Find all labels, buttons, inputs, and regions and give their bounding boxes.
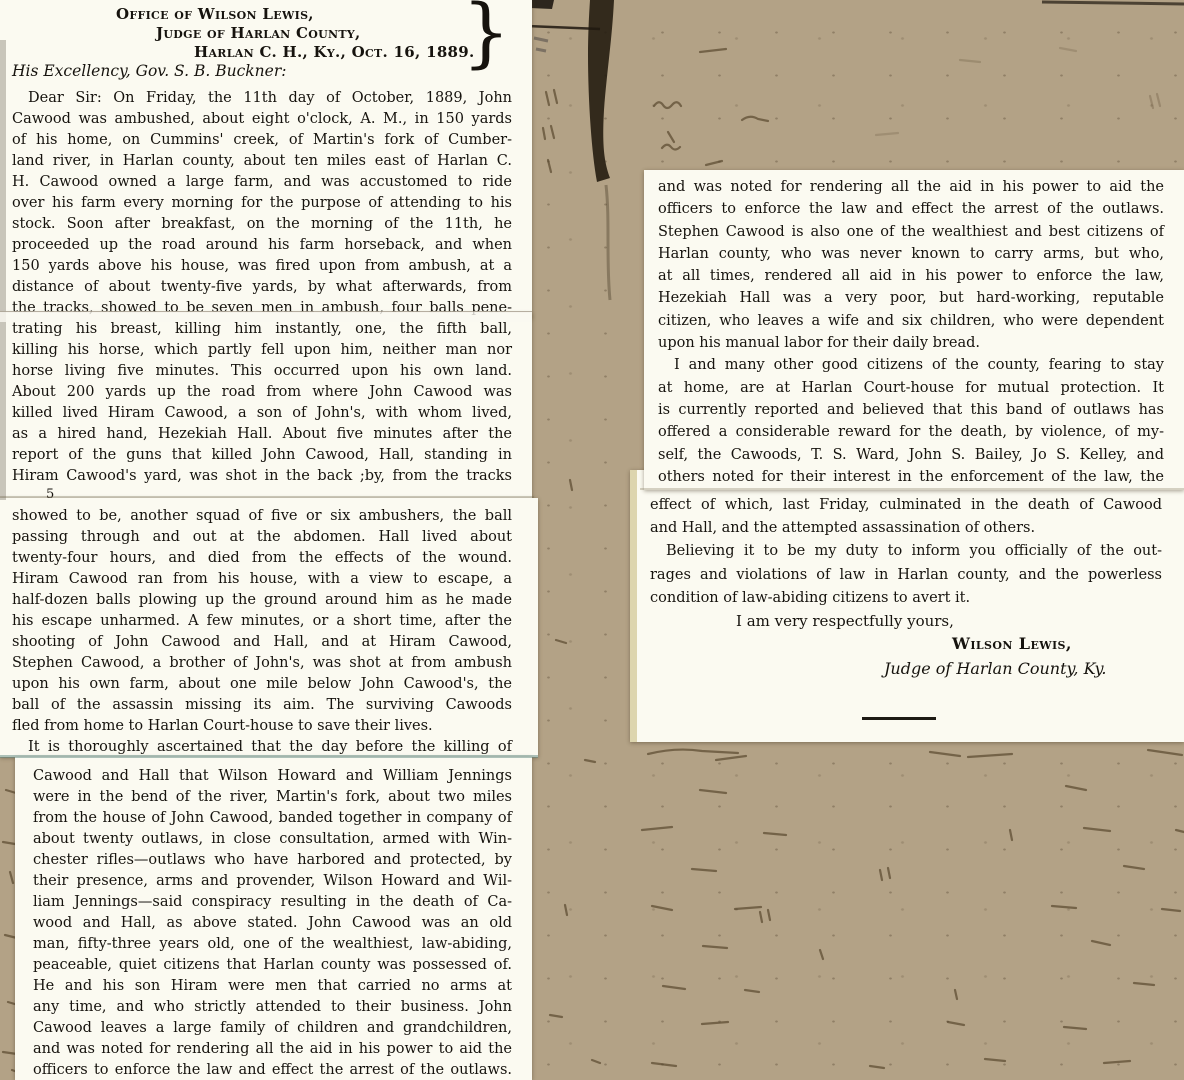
- text-line: Cawood was ambushed, about eight o'clock…: [12, 109, 512, 130]
- text-line: and Hall, and the attempted assassinatio…: [650, 517, 1162, 540]
- signature-name: Wilson Lewis,: [952, 634, 1072, 653]
- text-line: officers to enforce the law and effect t…: [33, 1060, 512, 1080]
- text-line: Cawood leaves a large family of children…: [33, 1018, 512, 1039]
- text-line: killed lived Hiram Cawood, a son of John…: [12, 403, 512, 424]
- text-line: Cawood and Hall that Wilson Howard and W…: [33, 766, 512, 787]
- text-line: upon his manual labor for their daily br…: [658, 332, 1164, 354]
- text-line: condition of law-abiding citizens to ave…: [650, 587, 1162, 610]
- text-line: offered a considerable reward for the de…: [658, 421, 1164, 443]
- text-line: effect of which, last Friday, culminated…: [650, 494, 1162, 517]
- text-line: 150 yards above his house, was fired upo…: [12, 256, 512, 277]
- signature-title: Judge of Harlan County, Ky.: [884, 659, 1107, 678]
- clipping-left-edge: [0, 40, 6, 500]
- text-line: About 200 yards up the road from where J…: [12, 382, 512, 403]
- letterhead-brace: }: [462, 0, 511, 65]
- text-line: He and his son Hiram were men that carri…: [33, 976, 512, 997]
- text-line: Stephen Cawood, a brother of John's, was…: [12, 653, 512, 674]
- text-line: liam Jennings—said conspiracy resulting …: [33, 892, 512, 913]
- text-line: as a hired hand, Hezekiah Hall. About fi…: [12, 424, 512, 445]
- clipping-torn-edge: [630, 470, 637, 742]
- left-column-text-2: showed to be, another squad of five or s…: [12, 506, 512, 758]
- clipping-seam: [0, 755, 538, 758]
- text-line: from the house of John Cawood, banded to…: [33, 808, 512, 829]
- right-column-text-2: effect of which, last Friday, culminated…: [650, 494, 1162, 610]
- text-line: distance of about twenty-five yards, by …: [12, 277, 512, 298]
- text-line: Stephen Cawood is also one of the wealth…: [658, 221, 1164, 243]
- text-line: Hiram Cawood ran from his house, with a …: [12, 569, 512, 590]
- text-line: is currently reported and believed that …: [658, 399, 1164, 421]
- clipping-seam: [0, 496, 534, 498]
- clipping-overlap-seam: [0, 311, 532, 322]
- left-column-text-3: Cawood and Hall that Wilson Howard and W…: [33, 766, 512, 1080]
- text-line: Dear Sir: On Friday, the 11th day of Oct…: [12, 88, 512, 109]
- text-line: about twenty outlaws, in close consultat…: [33, 829, 512, 850]
- text-line: Believing it to be my duty to inform you…: [650, 540, 1162, 563]
- text-line: his escape unharmed. A few minutes, or a…: [12, 611, 512, 632]
- text-line: upon his own farm, about one mile below …: [12, 674, 512, 695]
- text-line: man, fifty-three years old, one of the w…: [33, 934, 512, 955]
- text-line: Harlan county, who was never known to ca…: [658, 243, 1164, 265]
- letterhead-line-2: Judge of Harlan County,: [156, 24, 482, 43]
- text-line: Hezekiah Hall was a very poor, but hard-…: [658, 287, 1164, 309]
- text-line: trating his breast, killing him instantl…: [12, 319, 512, 340]
- text-line: report of the guns that killed John Cawo…: [12, 445, 512, 466]
- text-line: peaceable, quiet citizens that Harlan co…: [33, 955, 512, 976]
- text-line: fled from home to Harlan Court-house to …: [12, 716, 512, 737]
- right-column-text-1: and was noted for rendering all the aid …: [658, 176, 1164, 488]
- text-line: and was noted for rendering all the aid …: [33, 1039, 512, 1060]
- text-line: over his farm every morning for the purp…: [12, 193, 512, 214]
- text-line: Hiram Cawood's yard, was shot in the bac…: [12, 466, 512, 487]
- text-line: and was noted for rendering all the aid …: [658, 176, 1164, 198]
- closing-line: I am very respectfully yours,: [736, 612, 954, 630]
- text-line: at home, are at Harlan Court-house for m…: [658, 377, 1164, 399]
- text-line: any time, and who strictly attended to t…: [33, 997, 512, 1018]
- text-line: half-dozen balls plowing up the ground a…: [12, 590, 512, 611]
- text-line: land river, in Harlan county, about ten …: [12, 151, 512, 172]
- text-line: self, the Cawoods, T. S. Ward, John S. B…: [658, 444, 1164, 466]
- page-number: 5: [46, 487, 54, 502]
- text-line: ball of the assassin missing its aim. Th…: [12, 695, 512, 716]
- text-line: stock. Soon after breakfast, on the morn…: [12, 214, 512, 235]
- text-line: at all times, rendered all aid in his po…: [658, 265, 1164, 287]
- letterhead-line-3: Harlan C. H., Ky., Oct. 16, 1889.: [194, 43, 482, 62]
- text-line: their presence, arms and provender, Wils…: [33, 871, 512, 892]
- text-line: officers to enforce the law and effect t…: [658, 198, 1164, 220]
- text-line: proceeded up the road around his farm ho…: [12, 235, 512, 256]
- text-line: were in the bend of the river, Martin's …: [33, 787, 512, 808]
- signature-rule: [862, 717, 936, 720]
- text-line: rages and violations of law in Harlan co…: [650, 564, 1162, 587]
- letterhead-line-1: Office of Wilson Lewis,: [116, 5, 482, 24]
- salutation: His Excellency, Gov. S. B. Buckner:: [12, 62, 492, 80]
- text-line: citizen, who leaves a wife and six child…: [658, 310, 1164, 332]
- text-line: chester rifles—outlaws who have harbored…: [33, 850, 512, 871]
- text-line: others noted for their interest in the e…: [658, 466, 1164, 488]
- letterhead: Office of Wilson Lewis, Judge of Harlan …: [12, 5, 482, 62]
- clipping-seam: [640, 488, 1184, 490]
- text-line: shooting of John Cawood and Hall, and at…: [12, 632, 512, 653]
- scanned-book-page: { "colors": { "background": "#b3a286", "…: [0, 0, 1184, 1080]
- left-column-text-1: Dear Sir: On Friday, the 11th day of Oct…: [12, 88, 512, 487]
- text-line: passing through and out at the abdomen. …: [12, 527, 512, 548]
- text-line: wood and Hall, as above stated. John Caw…: [33, 913, 512, 934]
- text-line: horse living five minutes. This occurred…: [12, 361, 512, 382]
- text-line: of his home, on Cummins' creek, of Marti…: [12, 130, 512, 151]
- text-line: showed to be, another squad of five or s…: [12, 506, 512, 527]
- text-line: twenty-four hours, and died from the eff…: [12, 548, 512, 569]
- text-line: I and many other good citizens of the co…: [658, 354, 1164, 376]
- text-line: H. Cawood owned a large farm, and was ac…: [12, 172, 512, 193]
- text-line: killing his horse, which partly fell upo…: [12, 340, 512, 361]
